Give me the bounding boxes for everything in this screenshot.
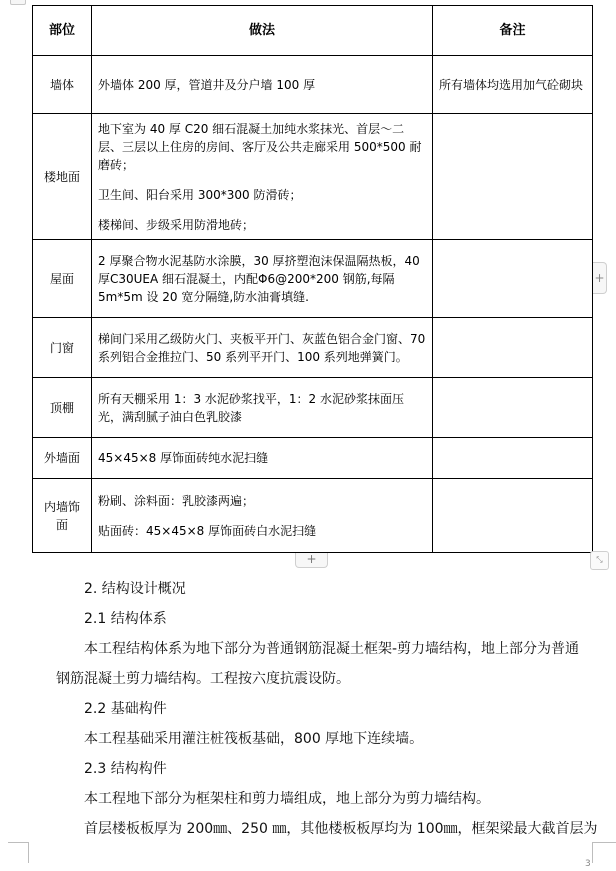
row-method[interactable]: 45×45×8 厚饰面砖纯水泥扫缝 bbox=[92, 438, 433, 479]
row-note[interactable] bbox=[433, 479, 593, 553]
method-text: 粉刷、涂料面：乳胶漆两遍； bbox=[98, 492, 426, 510]
add-row-button[interactable]: + bbox=[295, 553, 328, 568]
table-row: 顶棚 所有天棚采用 1：3 水泥砂浆找平，1：2 水泥砂浆抹面压光，满刮腻子油白… bbox=[33, 378, 593, 438]
table-move-handle[interactable]: + bbox=[10, 0, 26, 5]
method-text: 外墙体 200 厚，管道井及分户墙 100 厚 bbox=[98, 76, 426, 94]
subsection-heading[interactable]: 2.3 结构构件 bbox=[56, 754, 596, 784]
table-row: 墙体 外墙体 200 厚，管道井及分户墙 100 厚 所有墙体均选用加气砼砌块 bbox=[33, 56, 593, 114]
header-part: 部位 bbox=[33, 6, 92, 56]
row-note[interactable] bbox=[433, 240, 593, 318]
row-part[interactable]: 顶棚 bbox=[33, 378, 92, 438]
table-resize-handle[interactable]: ⤡ bbox=[590, 551, 609, 570]
paragraph[interactable]: 本工程结构体系为地下部分为普通钢筋混凝土框架-剪力墙结构，地上部分为普通 bbox=[28, 634, 596, 664]
row-method[interactable]: 地下室为 40 厚 C20 细石混凝土加纯水浆抹光、首层～二层、三层以上住房的房… bbox=[92, 114, 433, 240]
row-note[interactable] bbox=[433, 114, 593, 240]
table-row: 内墙饰面 粉刷、涂料面：乳胶漆两遍； 贴面砖：45×45×8 厚饰面砖白水泥扫缝 bbox=[33, 479, 593, 553]
row-method[interactable]: 粉刷、涂料面：乳胶漆两遍； 贴面砖：45×45×8 厚饰面砖白水泥扫缝 bbox=[92, 479, 433, 553]
method-text: 所有天棚采用 1：3 水泥砂浆找平，1：2 水泥砂浆抹面压光，满刮腻子油白色乳胶… bbox=[98, 390, 426, 426]
method-text: 地下室为 40 厚 C20 细石混凝土加纯水浆抹光、首层～二层、三层以上住房的房… bbox=[98, 120, 426, 174]
plus-icon: + bbox=[594, 271, 604, 285]
subsection-heading[interactable]: 2.1 结构体系 bbox=[56, 604, 596, 634]
row-part[interactable]: 内墙饰面 bbox=[33, 479, 92, 553]
row-method[interactable]: 所有天棚采用 1：3 水泥砂浆找平，1：2 水泥砂浆抹面压光，满刮腻子油白色乳胶… bbox=[92, 378, 433, 438]
paragraph[interactable]: 本工程地下部分为框架柱和剪力墙组成，地上部分为剪力墙结构。 bbox=[56, 784, 596, 814]
row-note[interactable]: 所有墙体均选用加气砼砌块 bbox=[433, 56, 593, 114]
table-row: 屋面 2 厚聚合物水泥基防水涂膜，30 厚挤塑泡沫保温隔热板，40 厚C30UE… bbox=[33, 240, 593, 318]
plus-icon: + bbox=[306, 552, 316, 566]
row-method[interactable]: 梯间门采用乙级防火门、夹板平开门、灰蓝色铝合金门窗、70 系列铝合金推拉门、50… bbox=[92, 318, 433, 378]
header-method: 做法 bbox=[92, 6, 433, 56]
row-note[interactable] bbox=[433, 438, 593, 479]
method-text: 楼梯间、步级采用防滑地砖； bbox=[98, 216, 426, 234]
table-header-row: 部位 做法 备注 bbox=[33, 6, 593, 56]
row-note[interactable] bbox=[433, 378, 593, 438]
page-corner-mark bbox=[8, 842, 29, 863]
paragraph[interactable]: 本工程基础采用灌注桩筏板基础，800 厚地下连续墙。 bbox=[56, 724, 596, 754]
document-body: 2. 结构设计概况 2.1 结构体系 本工程结构体系为地下部分为普通钢筋混凝土框… bbox=[56, 574, 596, 844]
row-note[interactable] bbox=[433, 318, 593, 378]
row-part[interactable]: 屋面 bbox=[33, 240, 92, 318]
add-column-button[interactable]: + bbox=[593, 262, 607, 294]
method-text: 45×45×8 厚饰面砖纯水泥扫缝 bbox=[98, 449, 426, 467]
subsection-heading[interactable]: 2.2 基础构件 bbox=[56, 694, 596, 724]
header-note: 备注 bbox=[433, 6, 593, 56]
row-method[interactable]: 2 厚聚合物水泥基防水涂膜，30 厚挤塑泡沫保温隔热板，40 厚C30UEA 细… bbox=[92, 240, 433, 318]
method-text: 梯间门采用乙级防火门、夹板平开门、灰蓝色铝合金门窗、70 系列铝合金推拉门、50… bbox=[98, 330, 426, 366]
page-number: 3 bbox=[585, 859, 591, 869]
resize-icon: ⤡ bbox=[596, 555, 602, 564]
page-corner-mark bbox=[592, 842, 616, 863]
table-row: 门窗 梯间门采用乙级防火门、夹板平开门、灰蓝色铝合金门窗、70 系列铝合金推拉门… bbox=[33, 318, 593, 378]
row-method[interactable]: 外墙体 200 厚，管道井及分户墙 100 厚 bbox=[92, 56, 433, 114]
paragraph[interactable]: 首层楼板板厚为 200㎜、250 ㎜，其他楼板板厚均为 100㎜，框架梁最大截首… bbox=[56, 814, 596, 844]
row-part[interactable]: 外墙面 bbox=[33, 438, 92, 479]
section-heading[interactable]: 2. 结构设计概况 bbox=[56, 574, 596, 604]
row-part[interactable]: 门窗 bbox=[33, 318, 92, 378]
method-text: 卫生间、阳台采用 300*300 防滑砖； bbox=[98, 186, 426, 204]
construction-spec-table: 部位 做法 备注 墙体 外墙体 200 厚，管道井及分户墙 100 厚 所有墙体… bbox=[32, 5, 593, 553]
method-text: 贴面砖：45×45×8 厚饰面砖白水泥扫缝 bbox=[98, 522, 426, 540]
row-part[interactable]: 楼地面 bbox=[33, 114, 92, 240]
row-part[interactable]: 墙体 bbox=[33, 56, 92, 114]
method-text: 2 厚聚合物水泥基防水涂膜，30 厚挤塑泡沫保温隔热板，40 厚C30UEA 细… bbox=[98, 252, 426, 306]
table-row: 外墙面 45×45×8 厚饰面砖纯水泥扫缝 bbox=[33, 438, 593, 479]
table-row: 楼地面 地下室为 40 厚 C20 细石混凝土加纯水浆抹光、首层～二层、三层以上… bbox=[33, 114, 593, 240]
paragraph[interactable]: 钢筋混凝土剪力墙结构。工程按六度抗震设防。 bbox=[56, 664, 596, 694]
